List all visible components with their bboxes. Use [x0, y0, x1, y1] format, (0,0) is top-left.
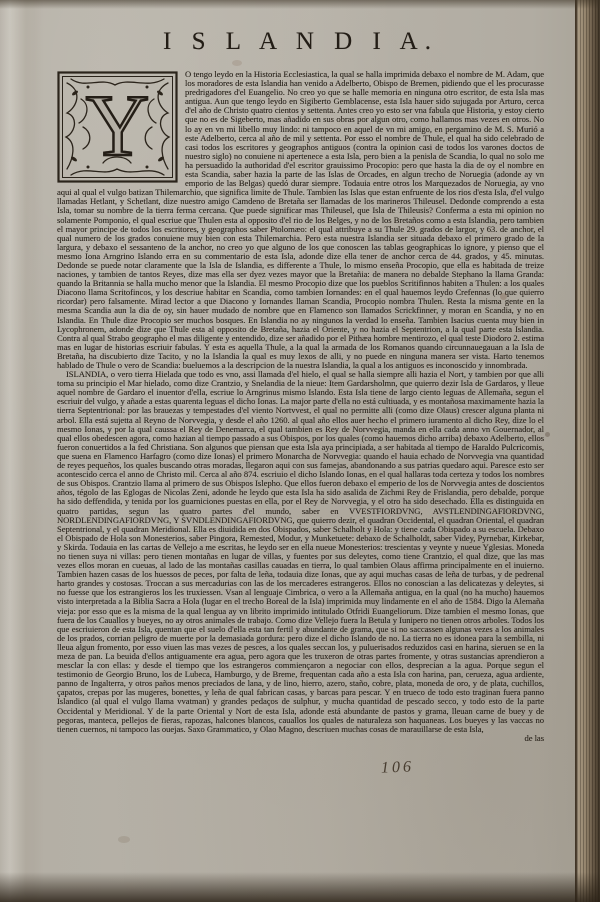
page-title: I S L A N D I A.: [57, 28, 544, 56]
page-number: 106: [381, 758, 415, 777]
gutter-shadow: [0, 0, 44, 902]
paper-stain: [545, 432, 550, 437]
catchword: de las: [57, 734, 544, 743]
book-photo: I S L A N D I A.: [0, 0, 600, 902]
paper-stain: [118, 836, 130, 843]
drop-cap-ornament-svg: Y: [57, 71, 178, 183]
body-paragraph-2: ISLANDIA, o vero tierra Hielada que todo…: [57, 370, 544, 734]
drop-cap-woodcut: Y: [57, 71, 178, 183]
drop-cap-letter: Y: [86, 78, 150, 175]
book-page: I S L A N D I A.: [0, 0, 577, 902]
book-fore-edge: [575, 0, 600, 902]
paper-stain: [232, 60, 242, 66]
text-block: Y O tengo leydo en la Historia Ecclesias…: [57, 70, 544, 743]
